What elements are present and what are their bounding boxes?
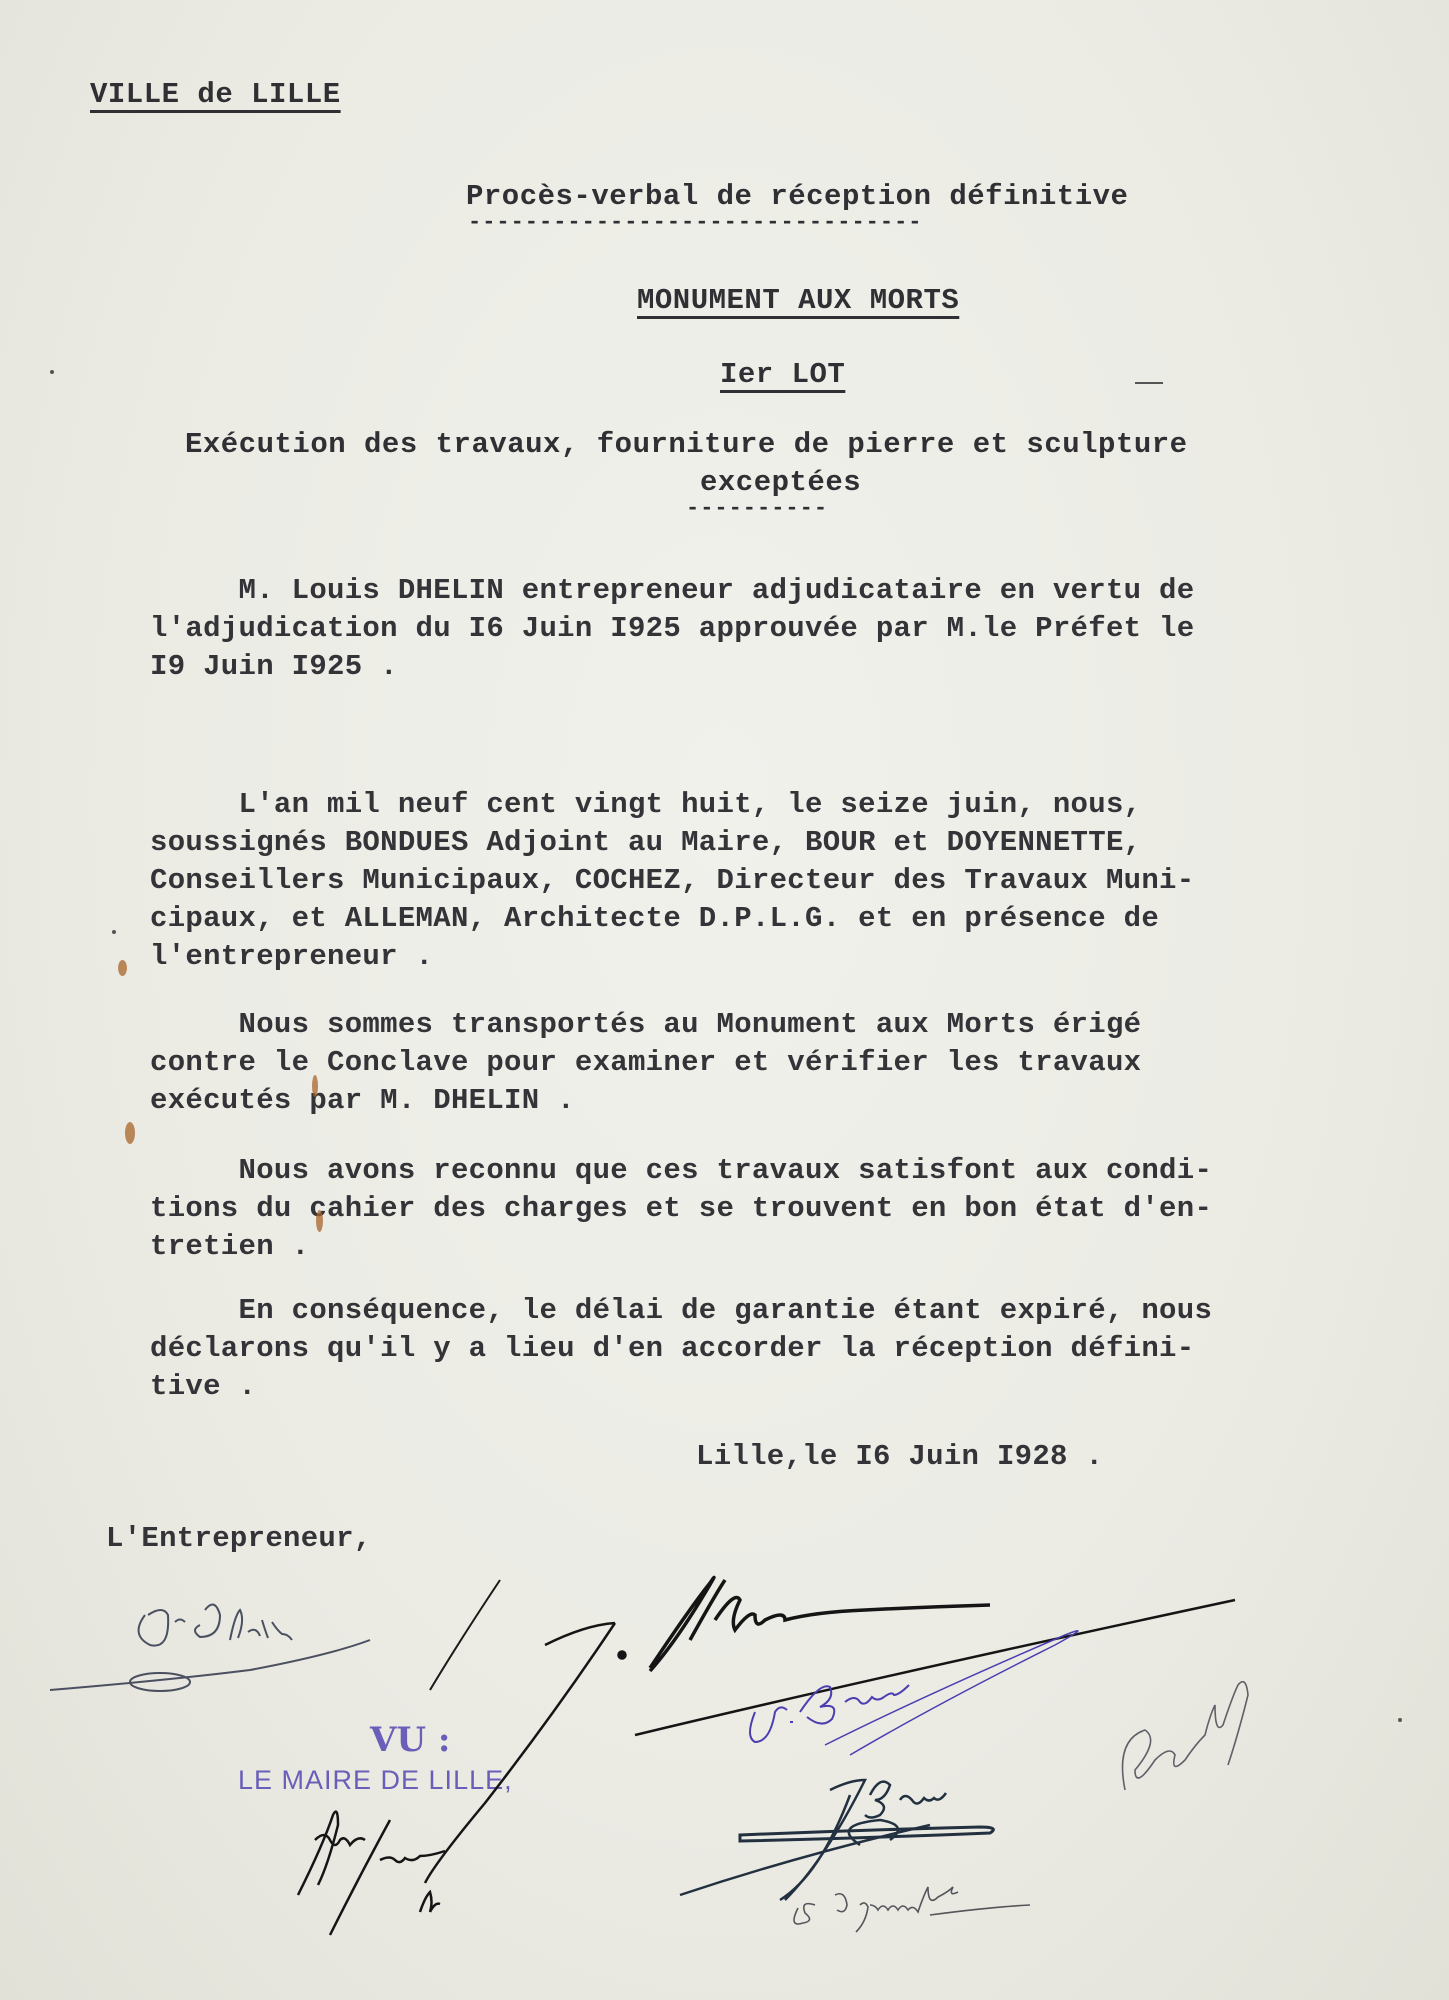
signature-bondues [750, 1631, 1078, 1755]
signature-cochez [1123, 1682, 1249, 1790]
signature-bour [680, 1780, 993, 1900]
signature-dhelin [50, 1605, 370, 1691]
signature-doyennette [794, 1887, 1030, 1932]
signature-mayor [298, 1812, 445, 1935]
signatures-drawing [0, 0, 1449, 2000]
pen-stroke [430, 1580, 500, 1690]
